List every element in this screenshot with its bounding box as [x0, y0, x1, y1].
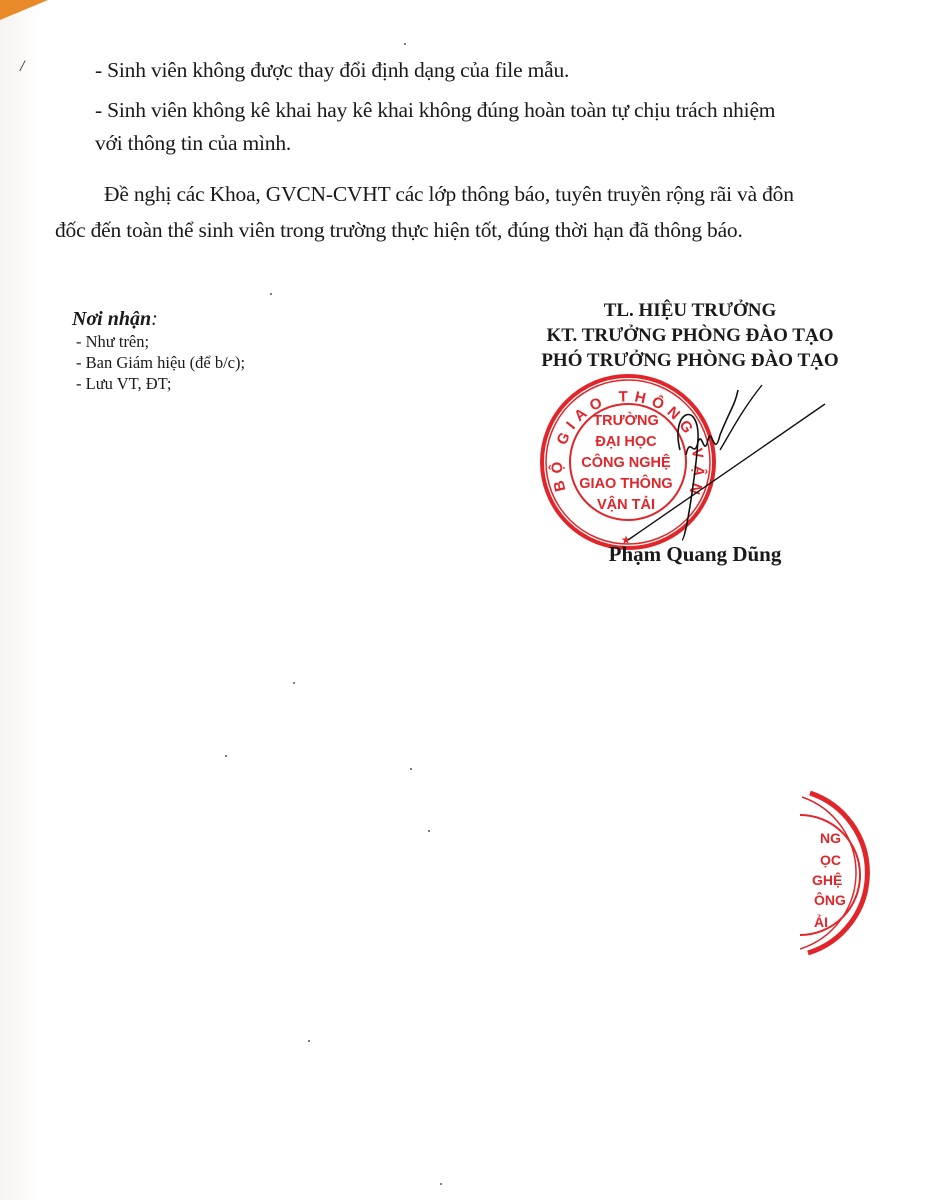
- partial-stamp-line: ÔNG: [814, 891, 846, 908]
- page-edge-shadow: [0, 0, 40, 1200]
- margin-mark: /: [20, 58, 24, 76]
- signature-title-line: KT. TRƯỞNG PHÒNG ĐÀO TẠO: [500, 323, 880, 348]
- partial-stamp-line: GHỆ: [812, 871, 842, 888]
- scan-speck: [404, 43, 406, 45]
- recipient-item: - Lưu VT, ĐT;: [76, 373, 245, 394]
- partial-stamp-impression: NG ỌC GHỆ ÔNG ẢI: [800, 785, 920, 960]
- scan-speck: [440, 1183, 442, 1185]
- partial-stamp-line: NG: [820, 830, 841, 846]
- signer-name: Phạm Quang Dũng: [500, 542, 890, 567]
- paragraph-line: đốc đến toàn thể sinh viên trong trường …: [55, 217, 743, 244]
- recipient-item: - Như trên;: [76, 331, 245, 352]
- paragraph-line: - Sinh viên không kê khai hay kê khai kh…: [95, 97, 775, 124]
- recipients-block: Nơi nhận: - Như trên; - Ban Giám hiệu (đ…: [72, 308, 245, 394]
- scan-speck: [410, 768, 412, 770]
- partial-stamp-line: ỌC: [820, 852, 841, 868]
- paragraph-line: với thông tin của mình.: [95, 130, 291, 157]
- recipient-item: - Ban Giám hiệu (để b/c);: [76, 352, 245, 373]
- paragraph-line: Đề nghị các Khoa, GVCN-CVHT các lớp thôn…: [104, 181, 794, 208]
- signature-title-line: PHÓ TRƯỞNG PHÒNG ĐÀO TẠO: [500, 348, 880, 373]
- scan-speck: [293, 682, 295, 684]
- scan-speck: [225, 755, 227, 757]
- scan-speck: [270, 293, 272, 295]
- handwritten-signature: [620, 380, 840, 550]
- recipients-title: Nơi nhận:: [72, 308, 245, 331]
- signature-block: TL. HIỆU TRƯỞNG KT. TRƯỞNG PHÒNG ĐÀO TẠO…: [500, 298, 880, 373]
- signature-title-line: TL. HIỆU TRƯỞNG: [500, 298, 880, 323]
- scan-speck: [428, 830, 430, 832]
- partial-stamp-line: ẢI: [814, 914, 828, 930]
- scan-speck: [308, 1040, 310, 1042]
- corner-tab: [0, 0, 60, 30]
- paragraph-line: - Sinh viên không được thay đổi định dạn…: [95, 57, 569, 84]
